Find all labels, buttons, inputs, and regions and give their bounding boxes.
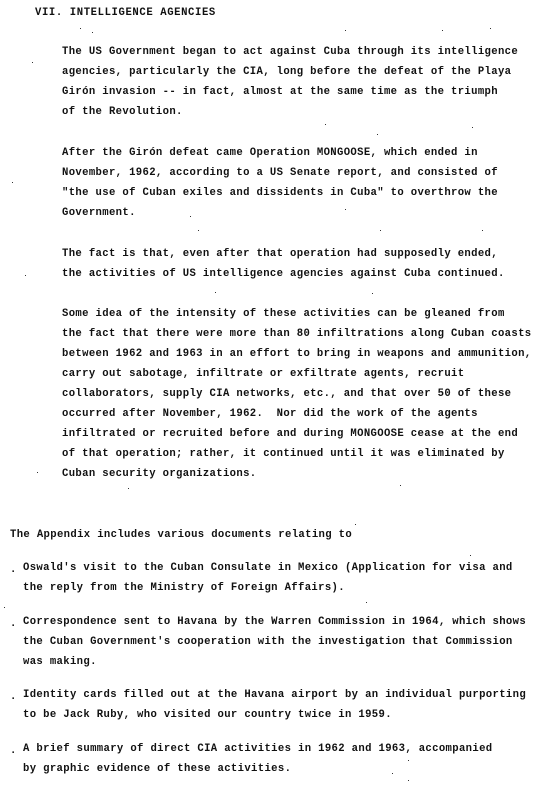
speck (4, 607, 5, 608)
text-line: of that operation; rather, it continued … (62, 448, 505, 460)
text-line: After the Girón defeat came Operation MO… (62, 147, 478, 159)
text-line: November, 1962, according to a US Senate… (62, 167, 498, 179)
text-line: Correspondence sent to Havana by the War… (23, 616, 526, 628)
text-line: The US Government began to act against C… (62, 46, 518, 58)
speck (472, 127, 473, 128)
text-line: to be Jack Ruby, who visited our country… (23, 709, 392, 721)
speck (490, 28, 491, 29)
bullet-icon: . (10, 691, 17, 703)
text-line: Cuban security organizations. (62, 468, 257, 480)
speck (355, 524, 356, 525)
text-line: Identity cards filled out at the Havana … (23, 689, 526, 701)
text-line: infiltrated or recruited before and duri… (62, 428, 518, 440)
speck (325, 124, 326, 125)
speck (366, 602, 367, 603)
section-title: VII. INTELLIGENCE AGENCIES (35, 7, 216, 19)
speck (80, 28, 81, 29)
text-line: Government. (62, 207, 136, 219)
text-line: "the use of Cuban exiles and dissidents … (62, 187, 498, 199)
text-line: Oswald's visit to the Cuban Consulate in… (23, 562, 513, 574)
bullet-icon: . (10, 745, 17, 757)
speck (215, 292, 216, 293)
text-line: The fact is that, even after that operat… (62, 248, 498, 260)
text-line: the reply from the Ministry of Foreign A… (23, 582, 345, 594)
speck (37, 472, 38, 473)
text-line: Some idea of the intensity of these acti… (62, 308, 505, 320)
speck (470, 555, 471, 556)
text-line: was making. (23, 656, 97, 668)
speck (92, 32, 93, 33)
speck (198, 230, 199, 231)
speck (377, 134, 378, 135)
speck (372, 293, 373, 294)
speck (345, 209, 346, 210)
speck (190, 216, 191, 217)
bullet-icon: . (10, 564, 17, 576)
speck (32, 62, 33, 63)
text-line: the Cuban Government's cooperation with … (23, 636, 513, 648)
speck (442, 30, 443, 31)
bullet-icon: . (10, 618, 17, 630)
text-line: carry out sabotage, infiltrate or exfilt… (62, 368, 464, 380)
speck (380, 230, 381, 231)
text-line: Girón invasion -- in fact, almost at the… (62, 86, 498, 98)
speck (12, 182, 13, 183)
speck (482, 230, 483, 231)
text-line: by graphic evidence of these activities. (23, 763, 291, 775)
text-line: between 1962 and 1963 in an effort to br… (62, 348, 532, 360)
text-line: the activities of US intelligence agenci… (62, 268, 505, 280)
appendix-intro: The Appendix includes various documents … (10, 529, 352, 541)
speck (345, 30, 346, 31)
speck (392, 773, 393, 774)
text-line: agencies, particularly the CIA, long bef… (62, 66, 511, 78)
speck (128, 488, 129, 489)
text-line: A brief summary of direct CIA activities… (23, 743, 493, 755)
text-line: occurred after November, 1962. Nor did t… (62, 408, 478, 420)
speck (25, 275, 26, 276)
speck (408, 760, 409, 761)
speck (400, 485, 401, 486)
text-line: collaborators, supply CIA networks, etc.… (62, 388, 511, 400)
text-line: of the Revolution. (62, 106, 183, 118)
text-line: the fact that there were more than 80 in… (62, 328, 532, 340)
speck (408, 780, 409, 781)
